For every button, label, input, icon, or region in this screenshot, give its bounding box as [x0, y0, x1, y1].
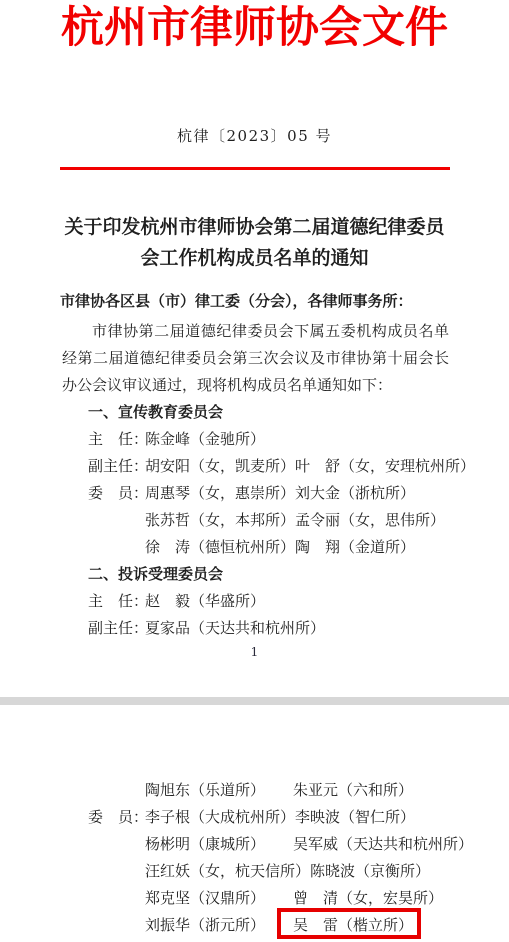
role-label: 委 员：: [88, 804, 145, 831]
addressee-line: 市律协各区县（市）律工委（分会），各律师事务所：: [60, 290, 449, 312]
member-name: 刘大金（浙杭所）: [295, 480, 415, 507]
section-heading-1: 一、宣传教育委员会: [88, 399, 509, 426]
member-name: 胡安阳（女，凯麦所）: [145, 453, 295, 480]
role-label: [88, 831, 145, 858]
page-number: 1: [0, 644, 509, 660]
member-name: 叶 舒（女，安理杭州所）: [295, 453, 475, 480]
role-label: [88, 885, 145, 912]
member-name: 张苏哲（女，本邦所）: [145, 507, 295, 534]
role-label: [88, 777, 145, 804]
member-name: 孟令丽（女，思伟所）: [295, 507, 445, 534]
doc-number: 杭律〔2023〕05 号: [0, 126, 509, 146]
member-name: 徐 涛（德恒杭州所）: [145, 534, 295, 561]
member-name: 李子根（大成杭州所）: [145, 804, 295, 831]
role-label: 主 任：: [88, 426, 145, 453]
member-row: 杨彬明（康城所） 吴军威（天达共和杭州所）: [88, 831, 509, 858]
member-name: 夏家品（天达共和杭州所）: [145, 615, 325, 642]
page-separator: [0, 697, 509, 705]
document-viewer[interactable]: 杭州市律师协会文件 杭律〔2023〕05 号 关于印发杭州市律师协会第二届道德纪…: [0, 0, 509, 942]
role-label: 副主任：: [88, 453, 145, 480]
member-row: 委 员： 周惠琴（女，惠崇所） 刘大金（浙杭所）: [88, 480, 509, 507]
member-row: 刘振华（浙元所） 吴 雷（楷立所）: [88, 912, 509, 939]
member-row: 张苏哲（女，本邦所） 孟令丽（女，思伟所）: [88, 507, 509, 534]
member-row: 汪红妖（女，杭天信所） 陈晓波（京衡所）: [88, 858, 509, 885]
member-name: 周惠琴（女，惠崇所）: [145, 480, 295, 507]
red-divider-line: [60, 167, 450, 170]
role-label: 委 员：: [88, 480, 145, 507]
member-row: 副主任： 胡安阳（女，凯麦所） 叶 舒（女，安理杭州所）: [88, 453, 509, 480]
page-1: 杭州市律师协会文件 杭律〔2023〕05 号 关于印发杭州市律师协会第二届道德纪…: [0, 0, 509, 697]
role-label: 主 任：: [88, 588, 145, 615]
member-name: 赵 毅（华盛所）: [145, 588, 293, 615]
org-letterhead-title: 杭州市律师协会文件: [0, 0, 509, 54]
member-name: 陶旭东（乐道所）: [145, 777, 293, 804]
member-name-highlighted: 吴 雷（楷立所）: [293, 912, 413, 939]
role-label: [88, 912, 145, 939]
member-name: 陈晓波（京衡所）: [310, 858, 430, 885]
member-name: 吴军威（天达共和杭州所）: [293, 831, 473, 858]
intro-paragraph: 市律协第二届道德纪律委员会下属五委机构成员名单经第二届道德纪律委员会第三次会议及…: [62, 318, 449, 399]
page-2: 陶旭东（乐道所） 朱亚元（六和所） 委 员： 李子根（大成杭州所） 李映波（智仁…: [0, 705, 509, 942]
member-name: 李映波（智仁所）: [295, 804, 415, 831]
role-label: [88, 534, 145, 561]
role-label: [88, 858, 145, 885]
member-row: 主 任： 陈金峰（金驰所）: [88, 426, 509, 453]
role-label: 副主任：: [88, 615, 145, 642]
member-row: 郑克坚（汉鼎所） 曾 清（女，宏昊所）: [88, 885, 509, 912]
member-name: 朱亚元（六和所）: [293, 777, 413, 804]
member-name: 郑克坚（汉鼎所）: [145, 885, 293, 912]
member-row: 委 员： 李子根（大成杭州所） 李映波（智仁所）: [88, 804, 509, 831]
role-label: [88, 507, 145, 534]
member-name: 汪红妖（女，杭天信所）: [145, 858, 310, 885]
member-row: 副主任： 夏家品（天达共和杭州所）: [88, 615, 509, 642]
member-row: 陶旭东（乐道所） 朱亚元（六和所）: [88, 777, 509, 804]
member-name: 杨彬明（康城所）: [145, 831, 293, 858]
section-heading-2: 二、投诉受理委员会: [88, 561, 509, 588]
member-name: 陈金峰（金驰所）: [145, 426, 293, 453]
member-row: 徐 涛（德恒杭州所） 陶 翔（金道所）: [88, 534, 509, 561]
member-name: 曾 清（女，宏昊所）: [293, 885, 443, 912]
doc-title: 关于印发杭州市律师协会第二届道德纪律委员会工作机构成员名单的通知: [62, 212, 448, 274]
member-name: 刘振华（浙元所）: [145, 912, 293, 939]
member-row: 主 任： 赵 毅（华盛所）: [88, 588, 509, 615]
member-name: 陶 翔（金道所）: [295, 534, 415, 561]
